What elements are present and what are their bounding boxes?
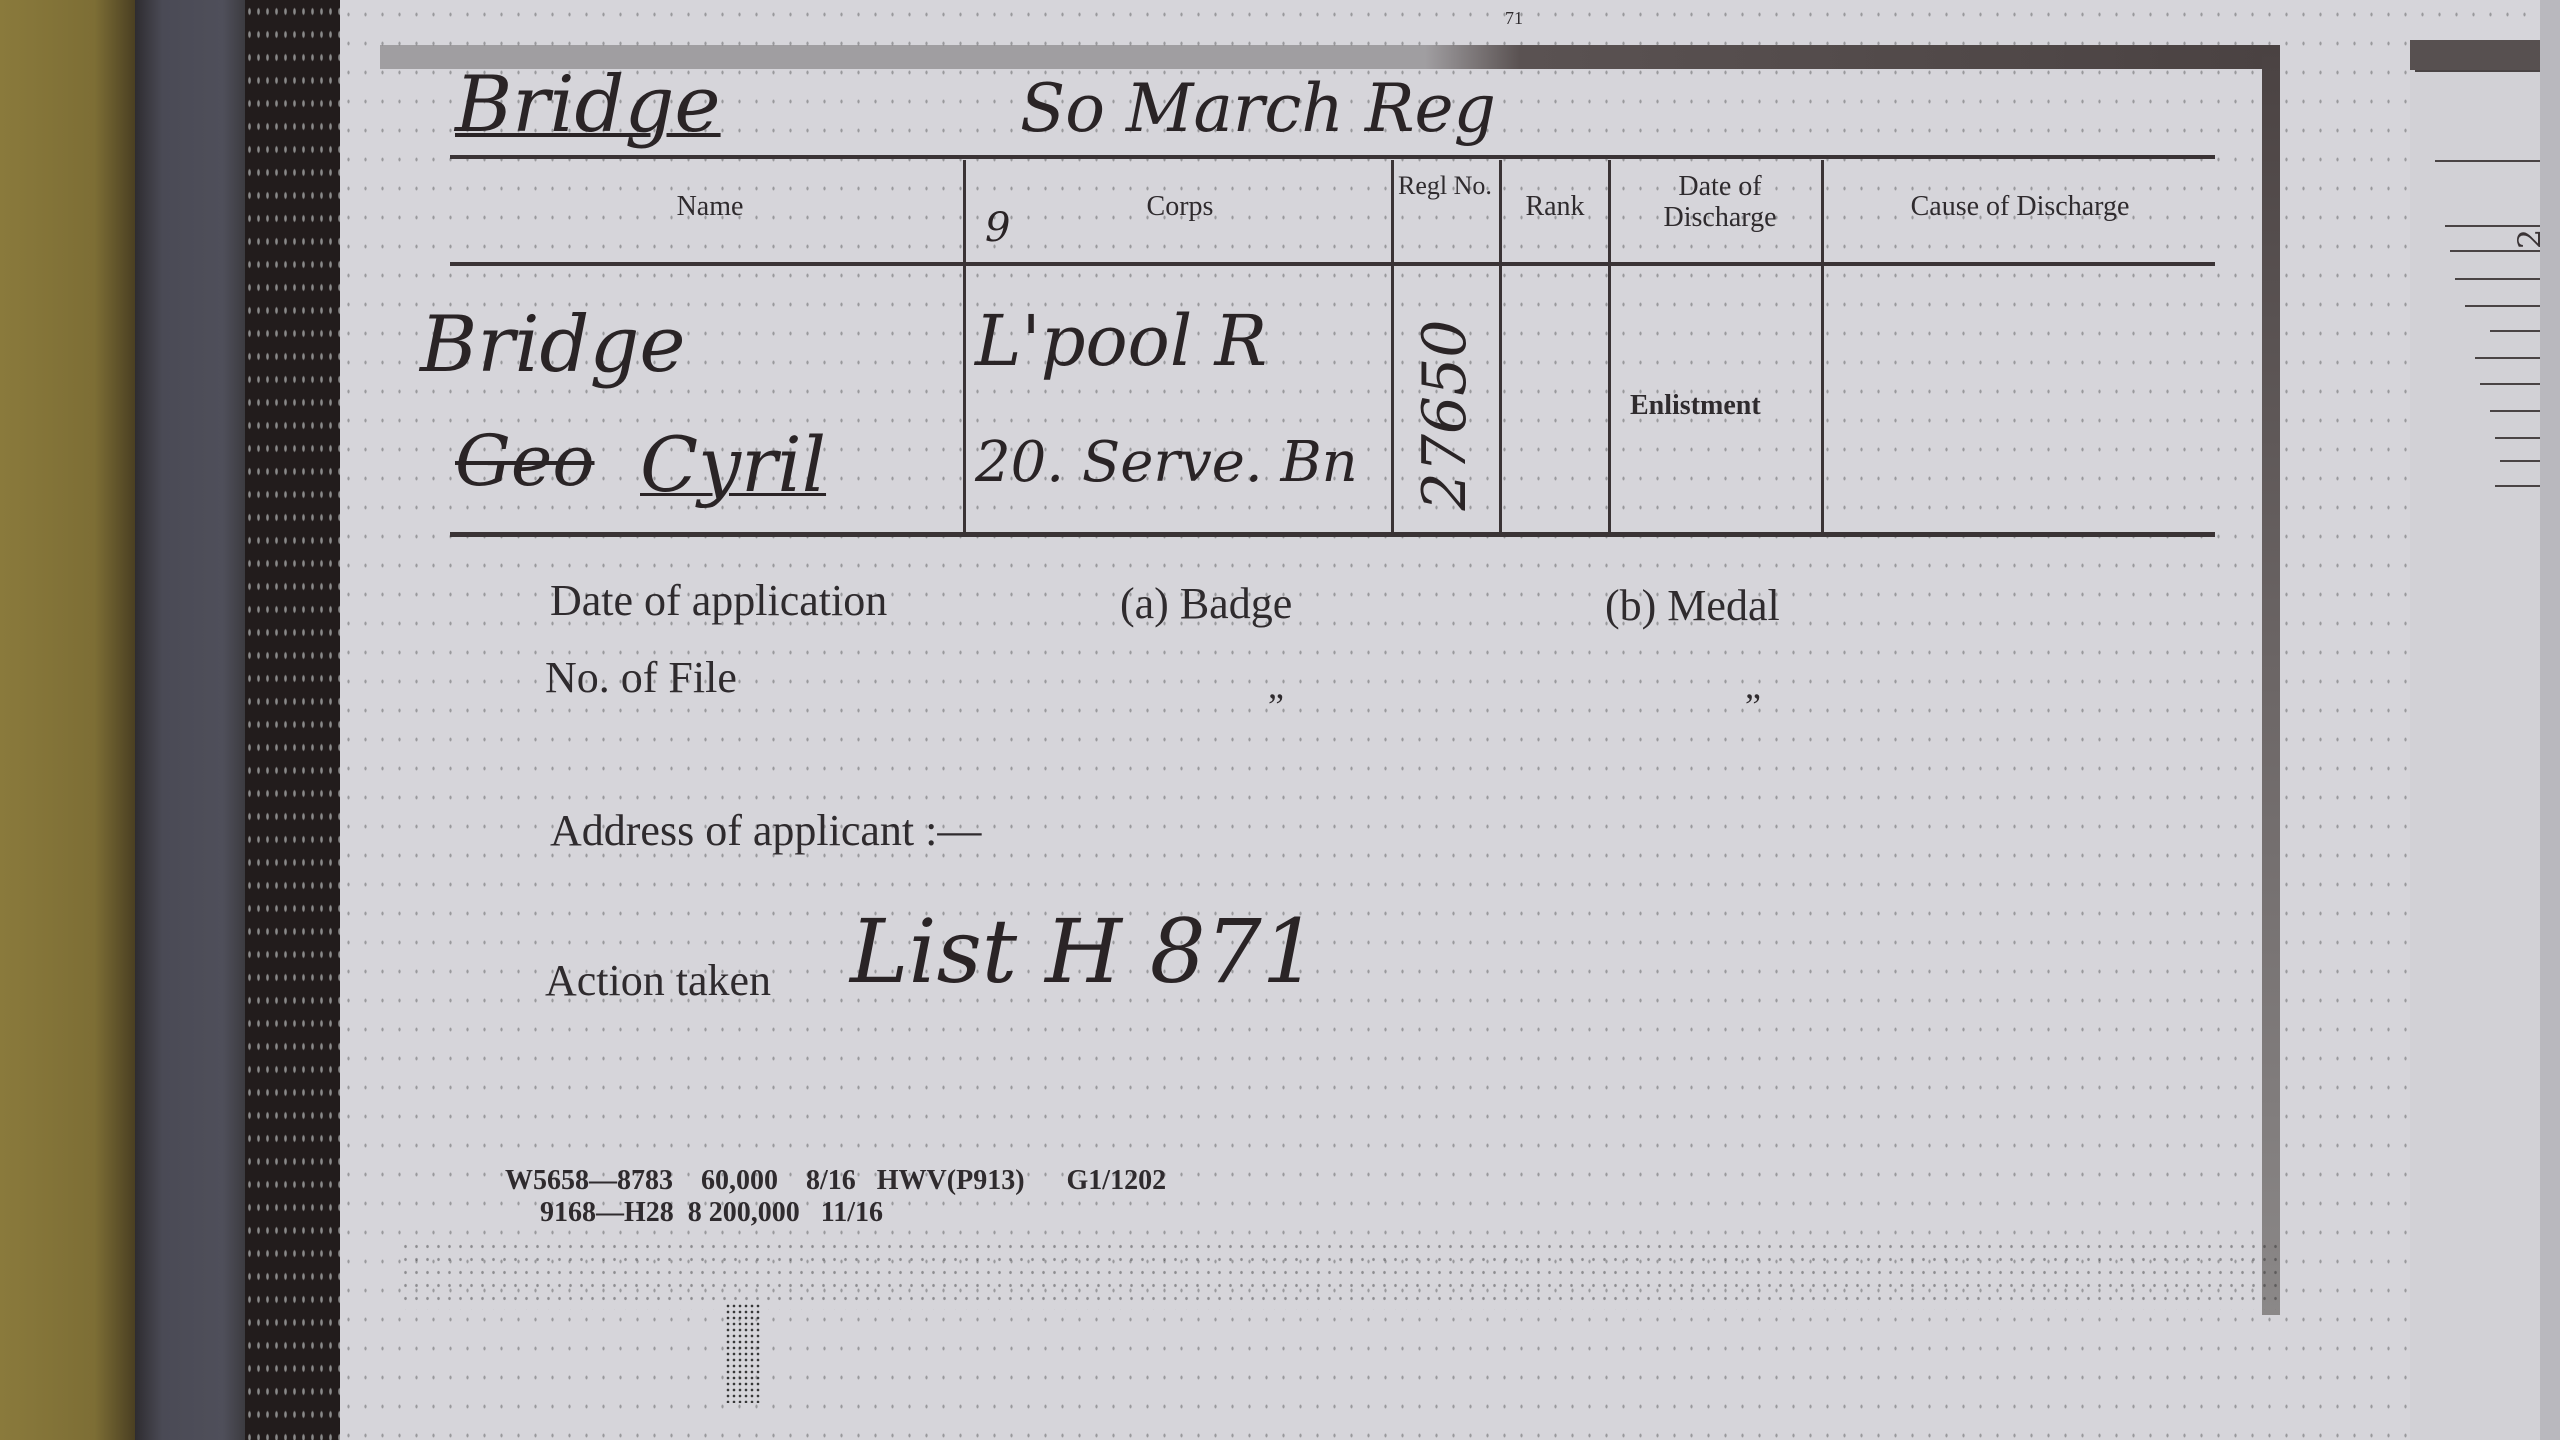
no-of-file-label: No. of File [545,652,737,703]
ditto-badge: ” [1268,685,1284,727]
column-divider [1821,160,1824,535]
ditto-medal: ” [1745,685,1761,727]
header-rank: Rank [1505,192,1605,223]
header-corps: Corps [1030,192,1330,223]
card-bottom-noise [400,1240,2280,1310]
row-date-of-discharge: Enlistment [1630,390,1761,422]
top-mark: 71 [1505,8,1523,29]
header-regl-no: Regl No. [1395,172,1495,201]
address-of-applicant-label: Address of applicant :— [550,805,981,856]
row-bottom-rule [450,532,2215,537]
margin-mark: 9 [985,205,1010,251]
screen-bezel [135,0,245,1440]
surname-heading: Bridge [455,60,721,150]
column-divider [1608,160,1611,535]
column-divider [963,160,966,535]
row-regl-no: 27650 [1400,300,1490,530]
row-struck-forename: Geo [455,420,595,502]
header-bottom-rule [450,262,2215,266]
printer-imprint-line1: W5658—8783 60,000 8/16 HWV(P913) G1/1202 [505,1165,1166,1197]
scan-edge [245,0,340,1440]
heading-underline [450,155,2215,159]
heading-note: So March Reg [1020,70,1496,147]
badge-label: (a) Badge [1120,578,1292,629]
column-divider [1499,160,1502,535]
desk-surface [0,0,135,1440]
row-forename: Cyril [640,420,826,509]
adjacent-card: 2 [2410,40,2560,1440]
page-edge [2540,0,2560,1440]
action-taken-value: List H 871 [850,900,1318,1003]
binding-mark [725,1303,760,1403]
row-corps-line2: 20. Serve. Bn [975,430,1358,495]
printer-imprint-line2: 9168—H28 8 200,000 11/16 [540,1197,883,1229]
header-name: Name [560,192,860,223]
medal-label: (b) Medal [1605,580,1780,631]
date-of-application-label: Date of application [550,575,887,626]
header-date-of-discharge: Date of Discharge [1640,172,1800,234]
row-surname: Bridge [420,300,686,390]
column-divider [1391,160,1394,535]
header-cause-of-discharge: Cause of Discharge [1840,192,2200,223]
action-taken-label: Action taken [545,955,771,1006]
adjacent-card-top-border [2410,40,2550,70]
card-right-border [2262,45,2280,1315]
row-corps-line1: L'pool R [975,300,1267,382]
